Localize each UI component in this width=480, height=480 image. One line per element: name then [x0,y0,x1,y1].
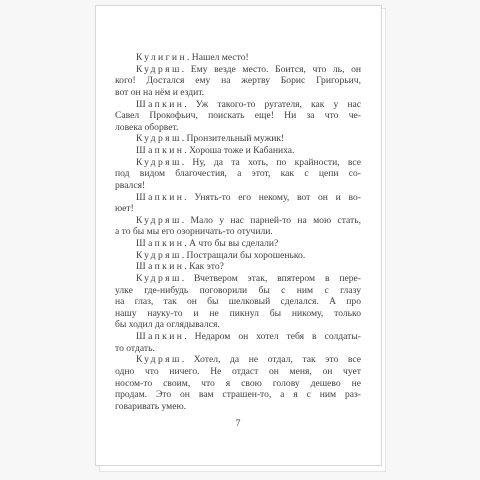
speaker-name: Шапкин [136,145,184,156]
text-line: юет! [115,203,361,215]
speaker-name: Кудряш [136,273,182,284]
text-line: Шапкин. Унять-то его некому, вот он и во… [115,192,361,204]
text-line: улке где-нибудь поговорили бы с ним с гл… [115,285,361,297]
paragraph: Кудряш. Постращали бы хорошенько. [115,250,361,262]
page-number: 7 [115,418,361,430]
reader-background: Кулигин. Нашел место!Кудряш. Ему везде м… [0,0,480,480]
text-line: Кудряш. Вчетвером этак, впятером в пере- [115,273,361,285]
text-line: Шапкин. Уж такого-то ругателя, как у нас [115,99,361,111]
speaker-name: Кудряш [136,354,182,365]
text-line: то отдать. [115,343,361,355]
paragraph: Шапкин. А что бы вы сделали? [115,238,361,250]
speaker-name: Шапкин [136,99,184,110]
text-line: кого! Достался ему на жертву Борис Григо… [115,75,361,87]
text-line: рвался! [115,180,361,192]
book-page: Кулигин. Нашел место!Кудряш. Ему везде м… [95,5,382,466]
paragraph: Кулигин. Нашел место! [115,52,361,64]
text-line: Шапкин. Хороша тоже и Кабаниха. [115,145,361,157]
speaker-name: Кудряш [136,133,182,144]
text-line: продам. Это он вам страшен-то, а я с ним… [115,389,361,401]
text-line: на глаз, так он бы шелковый сделался. А … [115,296,361,308]
text-line: Савел Прокофьич, поискать еще! Ни за что… [115,110,361,122]
paragraph: Шапкин. Как это? [115,261,361,273]
text-line: Шапкин. Недаром он хотел тебя в солдаты- [115,331,361,343]
speaker-name: Кудряш [136,250,182,261]
play-text: Кулигин. Нашел место!Кудряш. Ему везде м… [115,52,361,412]
speaker-name: Кулигин [136,52,187,63]
paragraph: Шапкин. Недаром он хотел тебя в солдаты-… [115,331,361,354]
speaker-name: Шапкин [136,331,184,342]
text-line: Кудряш. Постращали бы хорошенько. [115,250,361,262]
text-line: бы ходил да оглядывался. [115,319,361,331]
paragraph: Кудряш. Пронзительный мужик! [115,133,361,145]
speaker-name: Кудряш [136,215,182,226]
speaker-name: Шапкин [136,261,184,272]
text-line: Кулигин. Нашел место! [115,52,361,64]
text-line: Шапкин. А что бы вы сделали? [115,238,361,250]
text-line: вот он на нём и ездит. [115,87,361,99]
paragraph: Кудряш. Хотел, да не отдал, так это всео… [115,354,361,412]
text-line: Кудряш. Мало у нас парней-то на мою стат… [115,215,361,227]
speaker-name: Кудряш [136,157,182,168]
paragraph: Шапкин. Хороша тоже и Кабаниха. [115,145,361,157]
text-line: Кудряш. Хотел, да не отдал, так это все [115,354,361,366]
text-line: Кудряш. Пронзительный мужик! [115,133,361,145]
text-line: под видом благочестия, а этот, как с цеп… [115,168,361,180]
text-line: говаривать умею. [115,401,361,413]
speaker-name: Шапкин [136,238,184,249]
paragraph: Шапкин. Унять-то его некому, вот он и во… [115,192,361,215]
paragraph: Кудряш. Мало у нас парней-то на мою стат… [115,215,361,238]
speaker-name: Шапкин [136,192,184,203]
text-line: нашу науку-то и не пикнул бы никому, тол… [115,308,361,320]
text-line: носом-то своим, что я свою голову дешево… [115,378,361,390]
paragraph: Кудряш. Вчетвером этак, впятером в пере-… [115,273,361,331]
paragraph: Шапкин. Уж такого-то ругателя, как у нас… [115,99,361,134]
paragraph: Кудряш. Ну, да та хоть, по крайности, вс… [115,157,361,192]
text-line: одно что ничего. Не отдаст он меня, он ч… [115,366,361,378]
text-line: Кудряш. Ну, да та хоть, по крайности, вс… [115,157,361,169]
text-line: ловека оборвет. [115,122,361,134]
text-line: Кудряш. Ему везде место. Боится, что ль,… [115,64,361,76]
speaker-name: Кудряш [136,64,182,75]
text-line: а то бы мы его озорничать-то отучили. [115,226,361,238]
paragraph: Кудряш. Ему везде место. Боится, что ль,… [115,64,361,99]
text-line: Шапкин. Как это? [115,261,361,273]
